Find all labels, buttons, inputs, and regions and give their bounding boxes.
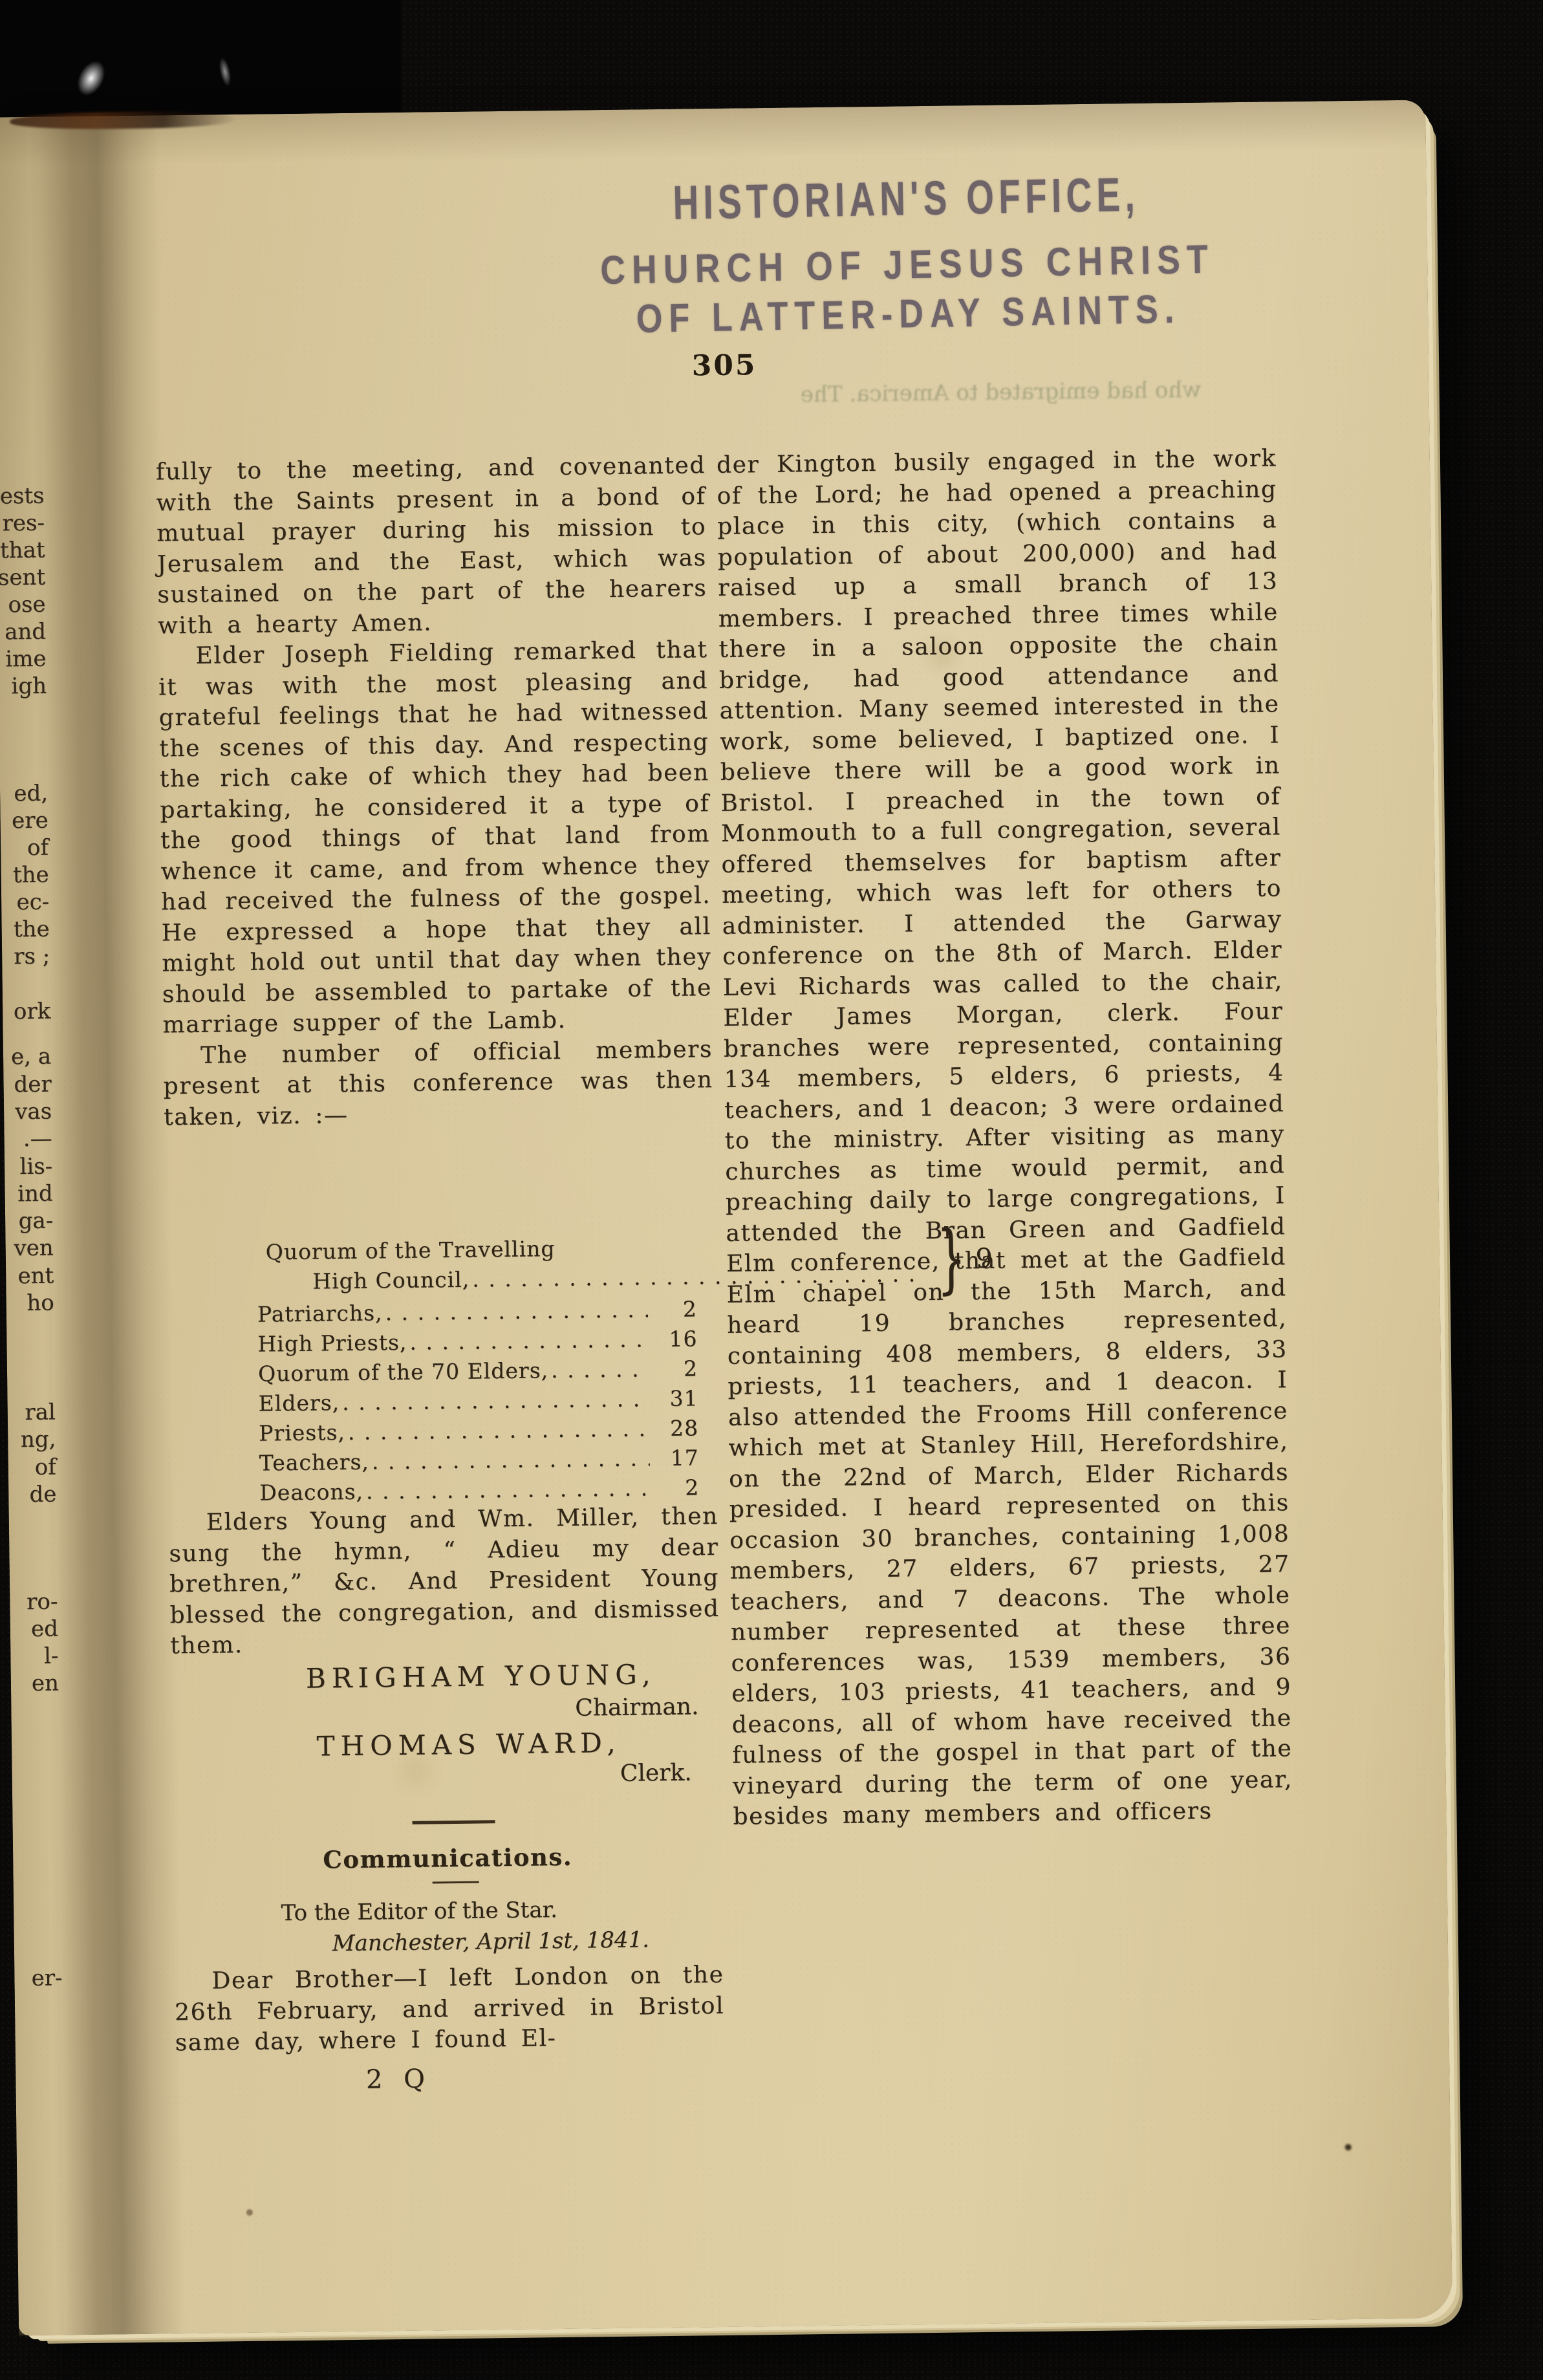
roster-label: Teachers,	[259, 1447, 369, 1478]
roster-label: Priests,	[259, 1418, 345, 1449]
paragraph-covenant: fully to the meeting, and covenanted wit…	[156, 450, 707, 641]
roster-value: 17	[656, 1443, 699, 1473]
heading-underline-rule	[433, 1881, 479, 1884]
margin-fragment: ro-	[27, 1588, 58, 1615]
margin-fragment: en	[32, 1670, 59, 1696]
roster-label: Patriarchs,	[257, 1298, 383, 1329]
margin-fragment: the	[13, 862, 49, 889]
letter-dateline: Manchester, April 1st, 1841.	[174, 1926, 724, 1958]
margin-fragment: and	[5, 619, 46, 645]
margin-fragment: of	[35, 1455, 57, 1480]
printers-signature-mark: 2 Q	[327, 2064, 470, 2095]
margin-fragment: rs ;	[14, 944, 50, 970]
margin-fragment: ests	[0, 483, 45, 510]
margin-fragment: ind	[17, 1181, 53, 1207]
dot-leader	[409, 1325, 649, 1358]
roster-value: 2	[655, 1354, 698, 1384]
cover-glint	[217, 56, 233, 87]
margin-fragment: ral	[25, 1400, 56, 1426]
margin-fragment: res-	[2, 510, 45, 537]
roster-label: High Priests,	[257, 1328, 407, 1359]
margin-fragment: .—	[23, 1126, 52, 1152]
margin-fragment: of	[27, 835, 49, 861]
roster-row-high-council: Quorum of the Travelling High Council, }…	[256, 1229, 696, 1299]
margin-fragment: the	[14, 916, 50, 943]
section-heading: Communications.	[173, 1841, 722, 1876]
roster-value: 2	[656, 1473, 700, 1503]
roster-row: Teachers,17	[259, 1443, 699, 1478]
margin-fragment: er-	[31, 1965, 62, 1991]
paragraph-mission-report: der Kington busily engaged in the work o…	[717, 443, 1293, 1832]
stamp-line: CHURCH OF JESUS CHRIST	[587, 236, 1227, 294]
dot-leader	[342, 1384, 649, 1418]
paragraph-hymn-dismissal: Elders Young and Wm. Miller, then sung t…	[169, 1501, 720, 1661]
roster-label: Deacons,	[259, 1477, 363, 1508]
right-column: der Kington busily engaged in the work o…	[717, 443, 1293, 1832]
paragraph-fielding-remarks: Elder Joseph Fielding remarked that it w…	[158, 634, 712, 1041]
margin-fragment: der	[14, 1072, 52, 1098]
dot-leader	[385, 1295, 648, 1328]
roster-row: Patriarchs,2	[257, 1294, 698, 1329]
roster-value: 16	[654, 1324, 698, 1354]
paragraph-official-members: The number of official members present a…	[163, 1034, 714, 1133]
letter-salutation: To the Editor of the Star.	[173, 1895, 723, 1927]
divider-rule	[413, 1820, 495, 1824]
stamp-line: HISTORIAN'S OFFICE,	[631, 166, 1182, 232]
roster-value: 2	[654, 1294, 698, 1325]
margin-fragment: l-	[44, 1643, 59, 1669]
margin-fragment: de	[29, 1482, 56, 1508]
signature-role-chairman: Chairman.	[171, 1693, 720, 1726]
margin-fragment: ose	[8, 592, 46, 618]
members-roster: Quorum of the Travelling High Council, }…	[256, 1229, 699, 1508]
dot-leader	[348, 1414, 650, 1447]
roster-value: 31	[655, 1383, 698, 1414]
margin-fragment: ime	[5, 646, 47, 673]
signature-role-clerk: Clerk.	[171, 1759, 721, 1792]
margin-fragment: ec-	[16, 889, 49, 916]
page-number: 305	[647, 348, 803, 383]
book-scan-photo: estsres-thatsentoseandimeighed,ereofthee…	[0, 0, 1543, 2380]
roster-row: Elders,31	[258, 1383, 698, 1418]
margin-fragment: e, a	[11, 1044, 51, 1070]
roster-label: Elders,	[258, 1388, 340, 1419]
margin-fragment: sent	[0, 565, 45, 591]
margin-fragment: ed	[31, 1616, 58, 1642]
margin-fragment: igh	[11, 673, 47, 700]
margin-fragment: ven	[14, 1235, 54, 1262]
roster-label: High Council,	[312, 1265, 469, 1297]
margin-fragment: ng,	[21, 1427, 56, 1453]
signature-thomas-ward: THOMAS WARD,	[171, 1725, 722, 1764]
ink-bleed-ghost-text: who had emigrated to America. The	[732, 376, 1269, 408]
dot-leader	[366, 1473, 651, 1506]
margin-fragment: that	[0, 537, 45, 564]
left-column: fully to the meeting, and covenanted wit…	[156, 450, 714, 1132]
paragraph-letter-opening: Dear Brother—I left London on the 26th F…	[174, 1960, 725, 2059]
margin-fragment: vas	[15, 1099, 52, 1125]
roster-row: Quorum of the 70 Elders,2	[258, 1354, 698, 1389]
margin-fragment: ent	[17, 1263, 54, 1290]
roster-row: Priests,28	[259, 1413, 699, 1448]
book-page: estsres-thatsentoseandimeighed,ereofthee…	[0, 100, 1452, 2335]
stamp-line: OF LATTER-DAY SAINTS.	[596, 285, 1221, 343]
margin-fragment: ho	[27, 1290, 54, 1317]
margin-fragment: ork	[14, 999, 51, 1025]
historians-office-stamp: HISTORIAN'S OFFICE, CHURCH OF JESUS CHRI…	[534, 164, 1281, 365]
dot-leader	[372, 1444, 650, 1477]
roster-row: High Priests,16	[257, 1324, 698, 1359]
margin-fragment: ere	[12, 808, 49, 834]
margin-fragment: ga-	[18, 1208, 53, 1235]
signature-brigham-young: BRIGHAM YOUNG,	[171, 1658, 721, 1696]
margin-fragment: lis-	[19, 1154, 52, 1180]
cover-glint	[72, 56, 111, 100]
dot-leader	[551, 1354, 649, 1385]
margin-fragment: ed,	[14, 781, 48, 807]
roster-value: 28	[656, 1413, 699, 1444]
roster-label: Quorum of the 70 Elders,	[258, 1356, 549, 1389]
